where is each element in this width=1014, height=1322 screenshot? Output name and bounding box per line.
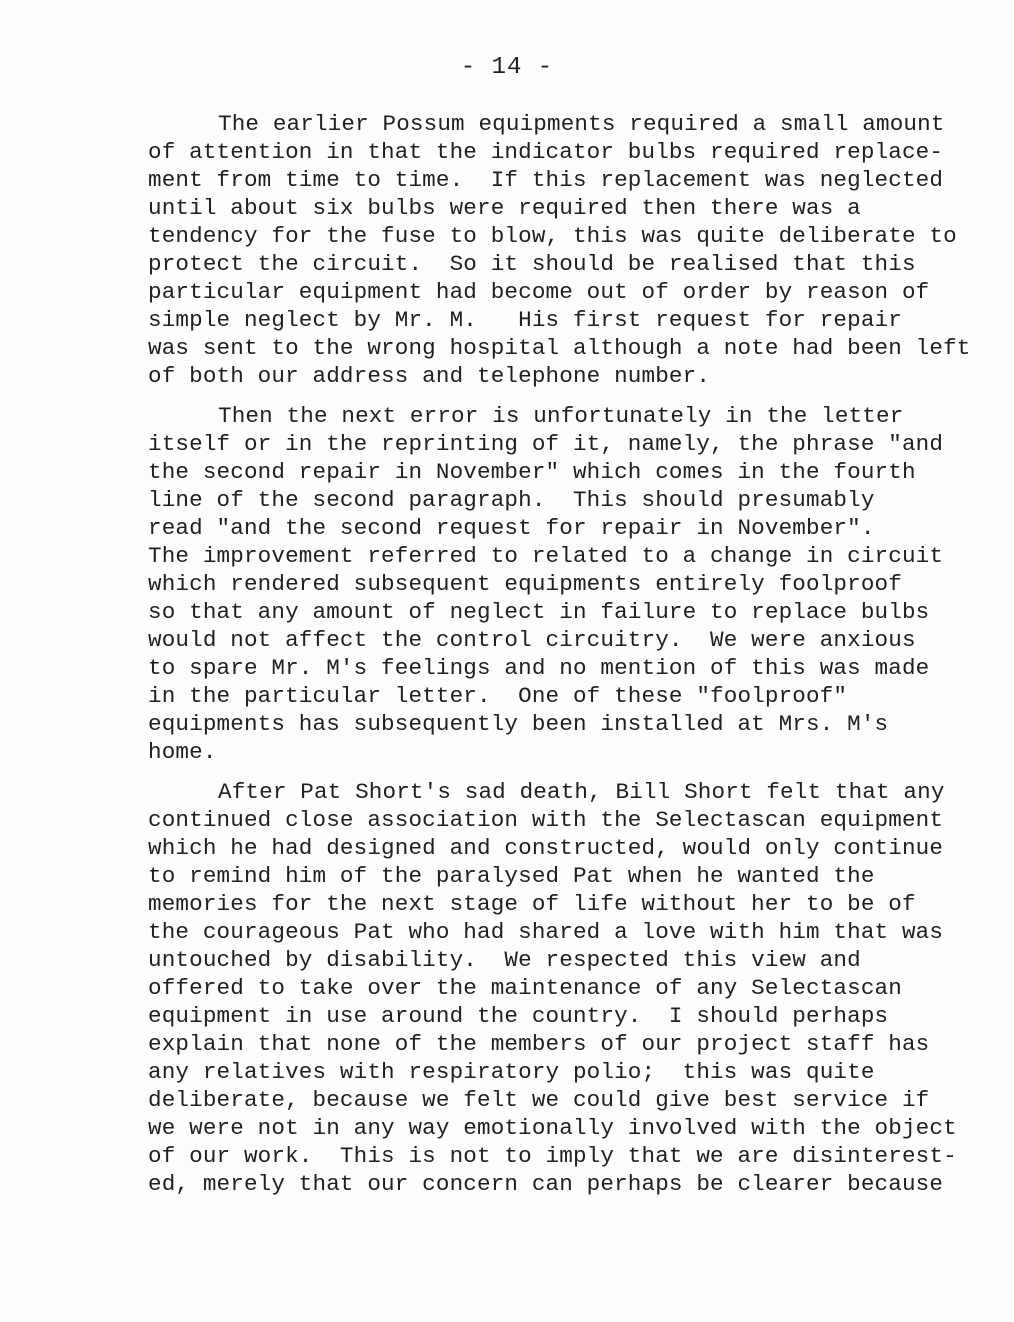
text-line: The earlier Possum equipments required a… <box>148 110 1008 138</box>
text-line: memories for the next stage of life with… <box>148 890 1008 918</box>
text-line: tendency for the fuse to blow, this was … <box>148 222 1008 250</box>
text-line: which he had designed and constructed, w… <box>148 834 1008 862</box>
document-page: - 14 - The earlier Possum equipments req… <box>0 0 1014 1322</box>
text-line: any relatives with respiratory polio; th… <box>148 1058 1008 1086</box>
text-line: to spare Mr. M's feelings and no mention… <box>148 654 1008 682</box>
text-line: the courageous Pat who had shared a love… <box>148 918 1008 946</box>
text-line: itself or in the reprinting of it, namel… <box>148 430 1008 458</box>
text-line: continued close association with the Sel… <box>148 806 1008 834</box>
text-line: The improvement referred to related to a… <box>148 542 1008 570</box>
text-line: simple neglect by Mr. M. His first reque… <box>148 306 1008 334</box>
text-line: After Pat Short's sad death, Bill Short … <box>148 778 1008 806</box>
text-line: which rendered subsequent equipments ent… <box>148 570 1008 598</box>
paragraph-possum-equipment: The earlier Possum equipments required a… <box>148 110 1008 390</box>
paragraph-selectascan: After Pat Short's sad death, Bill Short … <box>148 778 1008 1198</box>
text-line: Then the next error is unfortunately in … <box>148 402 1008 430</box>
text-line: read "and the second request for repair … <box>148 514 1008 542</box>
text-line: until about six bulbs were required then… <box>148 194 1008 222</box>
text-line: ed, merely that our concern can perhaps … <box>148 1170 1008 1198</box>
text-line: we were not in any way emotionally invol… <box>148 1114 1008 1142</box>
body-text: The earlier Possum equipments required a… <box>148 110 1008 1198</box>
text-line: would not affect the control circuitry. … <box>148 626 1008 654</box>
text-line: deliberate, because we felt we could giv… <box>148 1086 1008 1114</box>
text-line: the second repair in November" which com… <box>148 458 1008 486</box>
text-line: offered to take over the maintenance of … <box>148 974 1008 1002</box>
text-line: particular equipment had become out of o… <box>148 278 1008 306</box>
text-line: protect the circuit. So it should be rea… <box>148 250 1008 278</box>
text-line: of our work. This is not to imply that w… <box>148 1142 1008 1170</box>
paragraph-letter-error: Then the next error is unfortunately in … <box>148 402 1008 766</box>
text-line: equipments has subsequently been install… <box>148 710 1008 738</box>
text-line: so that any amount of neglect in failure… <box>148 598 1008 626</box>
text-line: of both our address and telephone number… <box>148 362 1008 390</box>
page-number: - 14 - <box>0 54 1014 81</box>
text-line: was sent to the wrong hospital although … <box>148 334 1008 362</box>
text-line: explain that none of the members of our … <box>148 1030 1008 1058</box>
text-line: of attention in that the indicator bulbs… <box>148 138 1008 166</box>
text-line: to remind him of the paralysed Pat when … <box>148 862 1008 890</box>
text-line: in the particular letter. One of these "… <box>148 682 1008 710</box>
text-line: line of the second paragraph. This shoul… <box>148 486 1008 514</box>
text-line: untouched by disability. We respected th… <box>148 946 1008 974</box>
text-line: home. <box>148 738 1008 766</box>
text-line: equipment in use around the country. I s… <box>148 1002 1008 1030</box>
text-line: ment from time to time. If this replacem… <box>148 166 1008 194</box>
